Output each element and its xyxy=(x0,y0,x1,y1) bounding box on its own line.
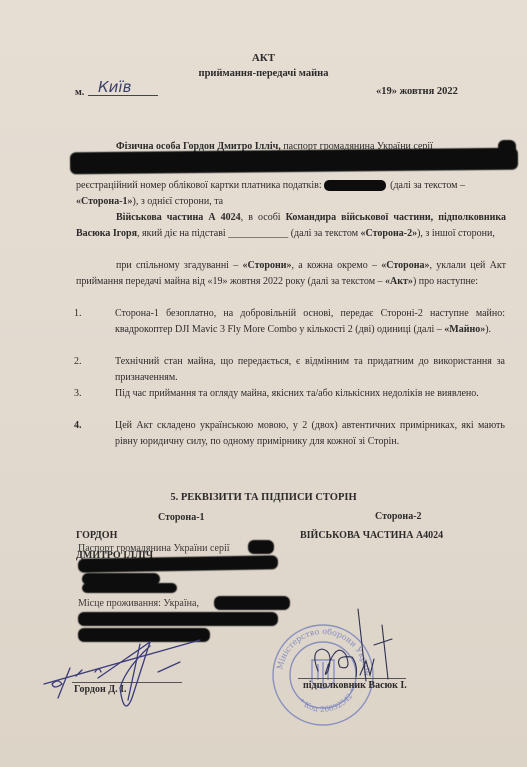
party2-paragraph: Військова частина А 4024, в особі Команд… xyxy=(76,210,506,242)
side1-residence-label: Місце проживання: Україна, xyxy=(78,598,199,609)
redaction-mark xyxy=(498,140,516,154)
redaction-mark xyxy=(78,612,278,626)
document-title: АКТ xyxy=(0,52,527,64)
item-number: 3. xyxy=(74,386,82,402)
side2-name: ВІЙСЬКОВА ЧАСТИНА А4024 xyxy=(300,530,443,541)
joint-term-parties: «Сторони» xyxy=(243,260,292,271)
party1-tax-label: реєстраційний номер облікової картки пла… xyxy=(76,180,322,191)
joint-text: , а кожна окремо – xyxy=(292,260,382,271)
item-text: Під час приймання та огляду майна, якісн… xyxy=(115,386,505,402)
redaction-mark xyxy=(70,148,518,175)
joint-text: при спільному згадуванні – xyxy=(116,260,243,271)
side2-signature-icon xyxy=(300,605,410,685)
item-text-tail: ). xyxy=(485,324,491,335)
city-handwritten: Київ xyxy=(88,78,158,96)
party1-alias: «Сторона-1» xyxy=(76,196,133,207)
document-date: «19» жовтня 2022 xyxy=(376,86,458,97)
redaction-mark xyxy=(214,596,290,610)
party2-suffix: ), з іншої сторони, xyxy=(417,228,495,239)
city-label: м. xyxy=(75,87,84,98)
party2-basis: , який діє на підставі ____________ (дал… xyxy=(137,228,361,239)
joint-text: ) про наступне: xyxy=(413,276,478,287)
joint-term-act: «Акт» xyxy=(385,276,413,287)
redaction-mark xyxy=(78,555,278,572)
party1-tax-paragraph: реєстраційний номер облікової картки пла… xyxy=(76,178,506,210)
item-term: «Майно» xyxy=(444,324,485,335)
section-title: 5. РЕКВІЗИТИ ТА ПІДПИСИ СТОРІН xyxy=(0,492,527,503)
redaction-mark xyxy=(324,180,386,191)
side1-label: Сторона-1 xyxy=(158,512,205,523)
party2-text: , в особі xyxy=(241,212,286,223)
side1-signature-icon xyxy=(40,632,220,722)
party2-name: Військова частина А 4024 xyxy=(116,212,241,223)
side1-surname: ГОРДОН xyxy=(76,530,117,541)
redaction-mark xyxy=(248,540,274,554)
party1-alias-prefix: (далі за текстом – xyxy=(388,180,465,191)
item-number: 4. xyxy=(74,418,82,434)
side1-passport-label: Паспорт громадянина України серії xyxy=(78,543,230,554)
joint-paragraph: при спільному згадуванні – «Сторони», а … xyxy=(76,258,506,290)
joint-term-party: «Сторона» xyxy=(381,260,429,271)
side2-label: Сторона-2 xyxy=(375,511,422,522)
item-text: Технічний стан майна, що передається, є … xyxy=(115,354,505,386)
redaction-mark xyxy=(82,583,177,593)
document-subtitle: приймання-передачі майна xyxy=(0,68,527,79)
item-number: 2. xyxy=(74,354,82,370)
item-number: 1. xyxy=(74,306,82,322)
party1-suffix: ), з однієї сторони, та xyxy=(133,196,224,207)
item-text: Цей Акт складено українською мовою, у 2 … xyxy=(115,418,505,450)
document-page: АКТ приймання-передачі майна м. Київ «19… xyxy=(0,0,527,767)
party2-alias: «Сторона-2» xyxy=(361,228,418,239)
